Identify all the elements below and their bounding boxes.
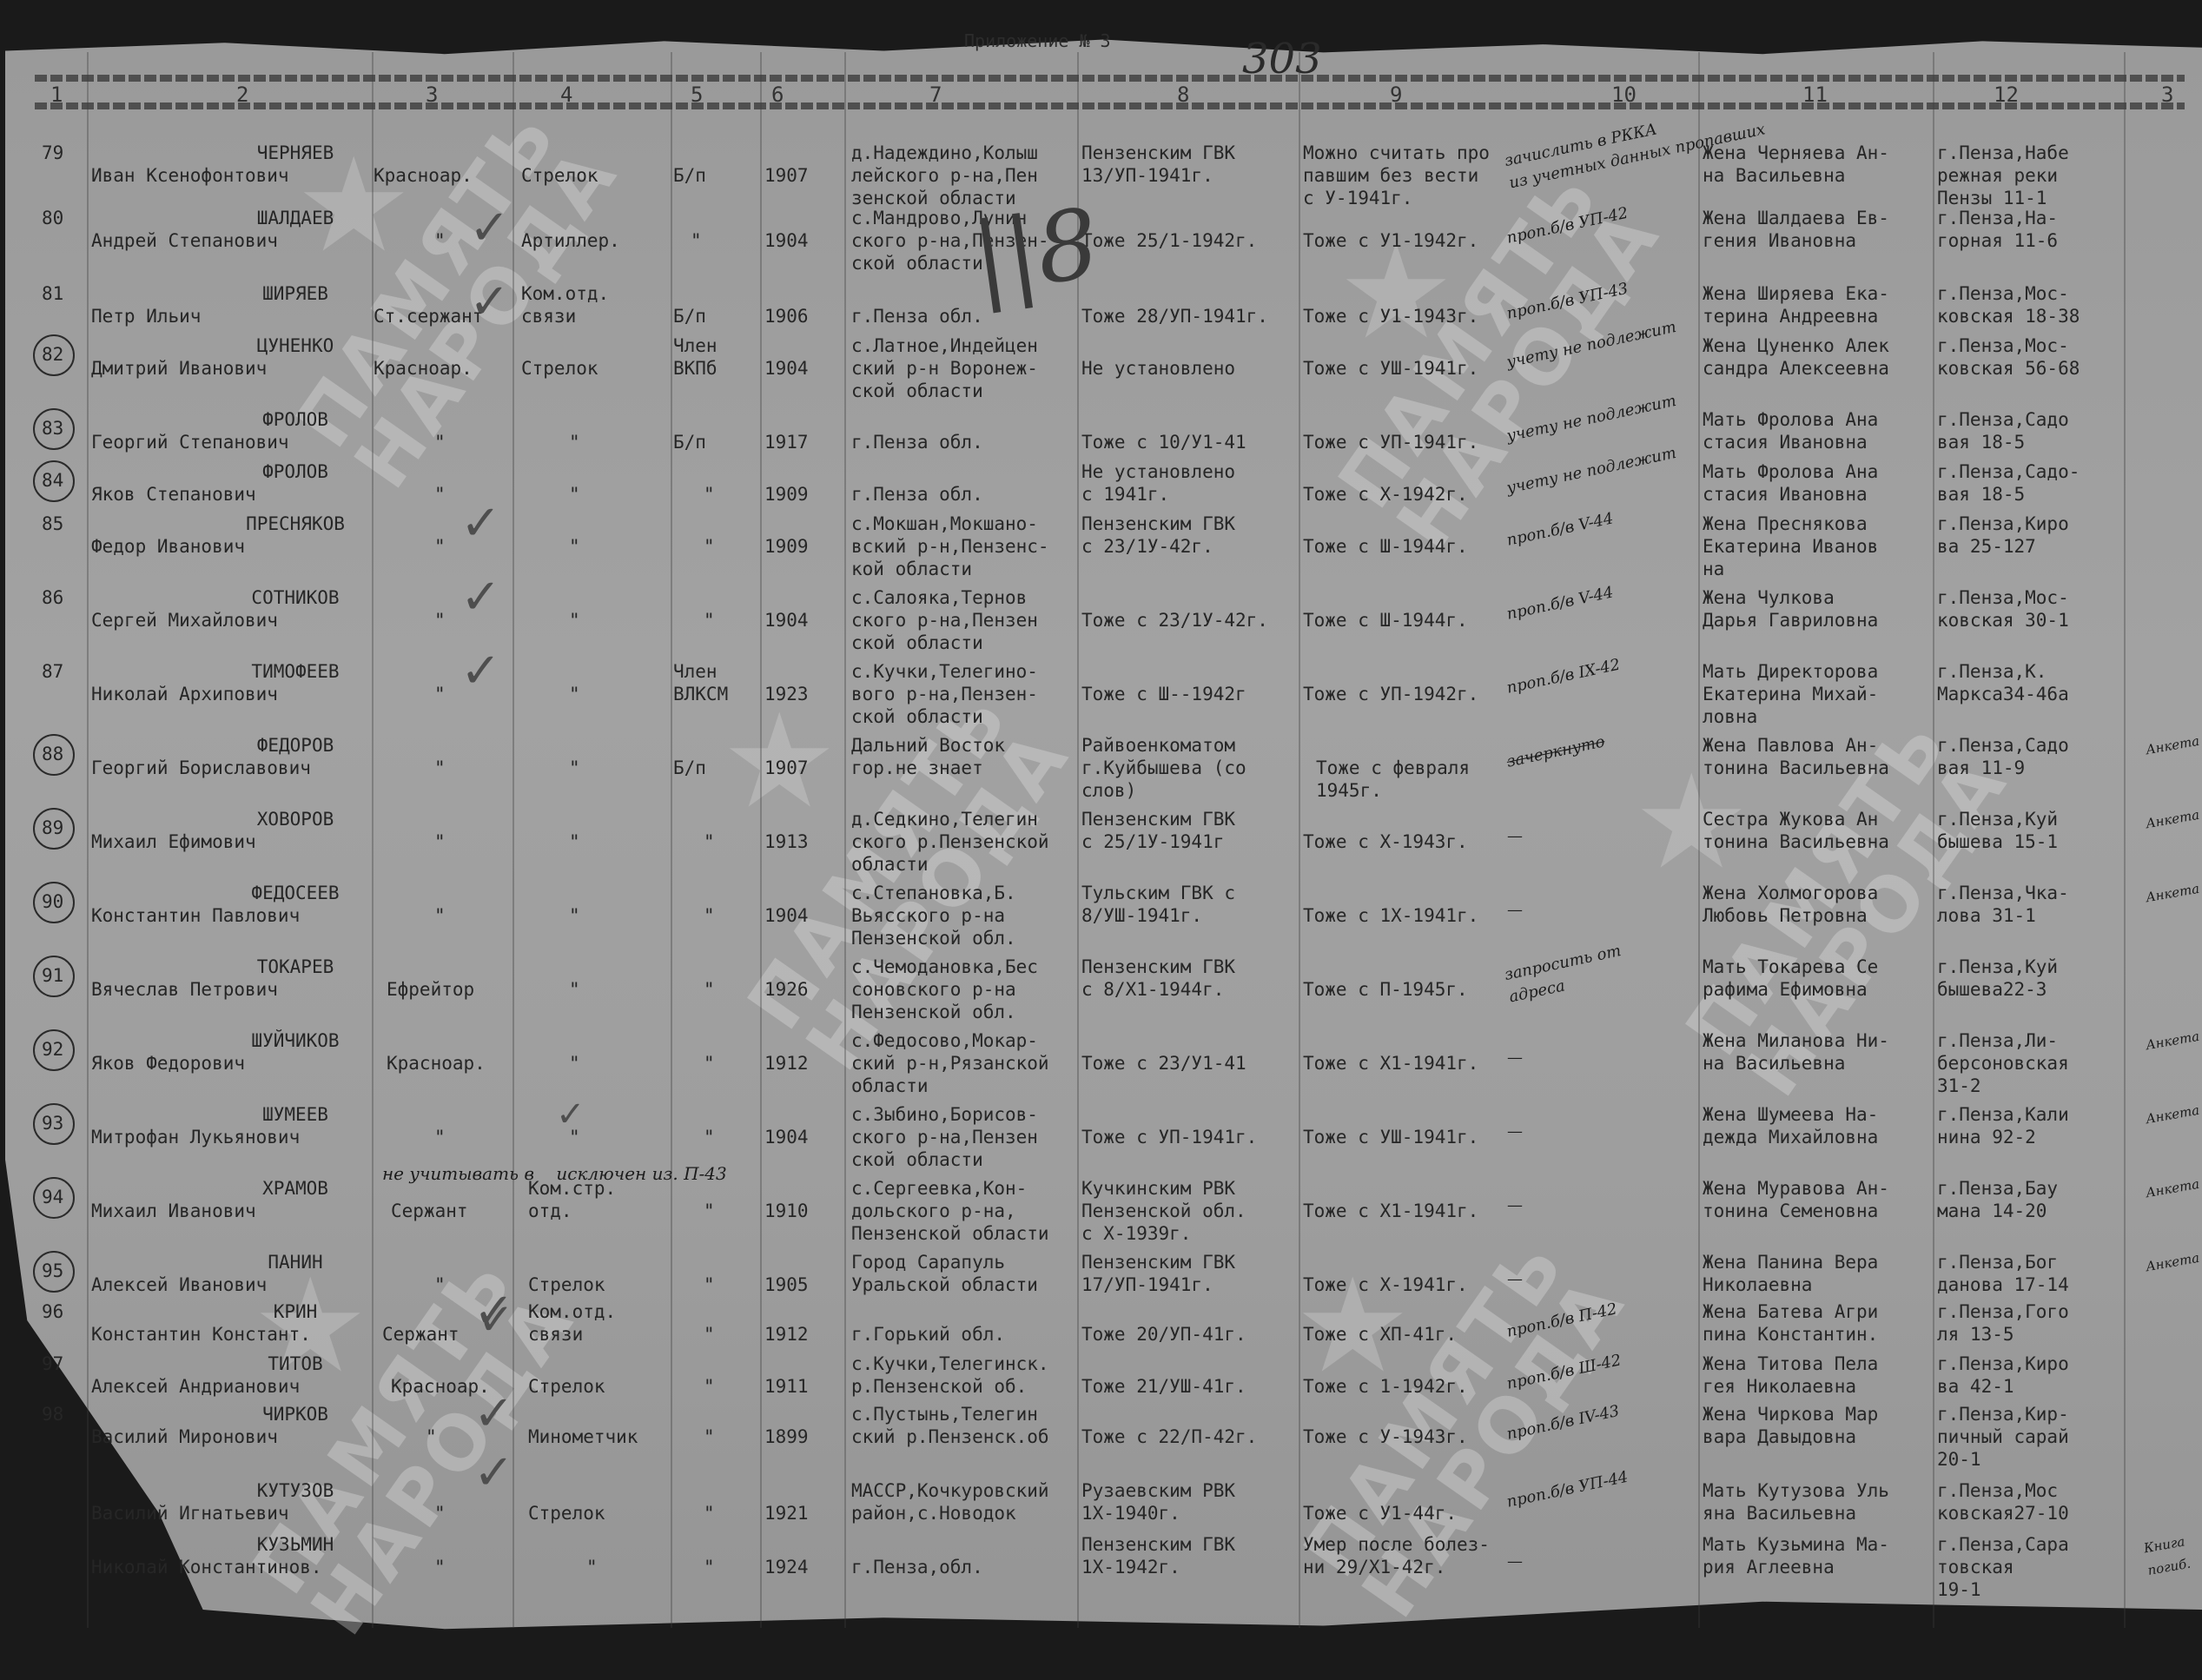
given-name: Федор Иванович xyxy=(91,535,245,558)
birth-year: 1926 xyxy=(764,978,809,1001)
position: Минометчик xyxy=(528,1425,638,1448)
address: г.Пенза,Бау мана 14-20 xyxy=(1937,1177,2058,1222)
missing-since: Тоже с УШ-1941г. xyxy=(1303,1126,1478,1148)
checkmark-icon: ✓ xyxy=(473,1403,514,1425)
party: " xyxy=(704,1556,715,1578)
rank: Сержант xyxy=(391,1200,468,1222)
rank: " xyxy=(434,1273,446,1296)
given-name: Петр Ильич xyxy=(91,305,201,327)
column-divider xyxy=(87,52,89,1628)
party: " xyxy=(704,483,715,506)
column-number: 2 xyxy=(236,83,248,107)
next-of-kin: Мать Директорова Екатерина Михай- ловна xyxy=(1703,660,1878,728)
surname: ФЕДОСЕЕВ xyxy=(182,882,408,904)
column-number: 3 xyxy=(2161,83,2173,107)
row-number: 81 xyxy=(42,282,63,305)
handwritten-note: — xyxy=(1507,899,1523,922)
drafted-by: Тоже с 23/У1-41 xyxy=(1081,1052,1246,1075)
rank: " xyxy=(434,757,446,779)
position: Стрелок xyxy=(528,1375,605,1398)
rank: " xyxy=(434,431,446,453)
given-name: Алексей Андрианович xyxy=(91,1375,300,1398)
party: Б/п xyxy=(673,431,706,453)
row-number: 89 xyxy=(42,817,63,839)
address: г.Пенза,Куй бышева 15-1 xyxy=(1937,808,2058,853)
row-number: 82 xyxy=(42,343,63,366)
address: г.Пенза,Киро ва 42-1 xyxy=(1937,1353,2069,1398)
drafted-by: Тоже 20/УП-41г. xyxy=(1081,1323,1246,1346)
position: " xyxy=(569,978,580,1001)
row-number: 79 xyxy=(42,142,63,164)
birthplace: с.Кучки,Телегинск. р.Пензенской об. xyxy=(851,1353,1049,1398)
position: " xyxy=(586,1556,598,1578)
column-divider xyxy=(760,52,762,1628)
party: " xyxy=(704,1425,715,1448)
rank: " xyxy=(434,1502,446,1525)
birthplace: МАССР,Кочкуровский район,с.Новодок xyxy=(851,1479,1049,1525)
position: Ком.отд. связи xyxy=(528,1300,616,1346)
drafted-by: Пензенским ГВК с 8/Х1-1944г. xyxy=(1081,956,1235,1001)
given-name: Константин Павлович xyxy=(91,904,300,927)
row-number: 91 xyxy=(42,964,63,987)
next-of-kin: Жена Цуненко Алек сандра Алексеевна xyxy=(1703,334,1889,380)
address: г.Пенза,Гого ля 13-5 xyxy=(1937,1300,2069,1346)
next-of-kin: Жена Черняева Ан- на Васильевна xyxy=(1703,142,1889,187)
handwritten-note: — xyxy=(1507,1047,1523,1069)
birth-year: 1904 xyxy=(764,1126,809,1148)
row-number: 95 xyxy=(42,1260,63,1282)
position: Ком.стр. отд. xyxy=(528,1177,616,1222)
checkmark-icon: ✓ xyxy=(478,1294,514,1345)
row-number: 97 xyxy=(42,1353,63,1375)
side-note: Книга погиб. xyxy=(2142,1530,2192,1582)
missing-since: Тоже с ХП-41г. xyxy=(1303,1323,1457,1346)
column-number: 6 xyxy=(771,83,784,107)
drafted-by: Тоже с 22/П-42г. xyxy=(1081,1425,1257,1448)
birth-year: 1905 xyxy=(764,1273,809,1296)
row-number: 83 xyxy=(42,417,63,440)
missing-since: Тоже с У-1943г. xyxy=(1303,1425,1468,1448)
missing-since: Тоже с Х-1943г. xyxy=(1303,830,1468,853)
column-number: 9 xyxy=(1390,83,1402,107)
birth-year: 1909 xyxy=(764,483,809,506)
party: " xyxy=(704,1323,715,1346)
column-number: 7 xyxy=(929,83,942,107)
birthplace: г.Пенза обл. xyxy=(851,431,983,453)
position: Стрелок xyxy=(528,1502,605,1525)
missing-since: Тоже с УШ-1941г. xyxy=(1303,357,1478,380)
next-of-kin: Мать Кутузова Уль яна Васильевна xyxy=(1703,1479,1889,1525)
address: г.Пенза,Садо вая 11-9 xyxy=(1937,734,2069,779)
birth-year: 1923 xyxy=(764,683,809,705)
birthplace: г.Горький обл. xyxy=(851,1323,1005,1346)
birthplace: Дальний Восток гор.не знает xyxy=(851,734,1005,779)
row-number: 93 xyxy=(42,1112,63,1134)
drafted-by: Пензенским ГВК 17/УП-1941г. xyxy=(1081,1251,1235,1296)
party: " xyxy=(704,535,715,558)
position: " xyxy=(569,483,580,506)
given-name: Николай Константинов. xyxy=(91,1556,322,1578)
column-number: 8 xyxy=(1177,83,1189,107)
checkmark-icon: ✓ xyxy=(460,586,501,609)
party: " xyxy=(704,1126,715,1148)
surname: ТОКАРЕВ xyxy=(182,956,408,978)
address: г.Пенза,К. Маркса34-46а xyxy=(1937,660,2069,705)
party: " xyxy=(704,904,715,927)
birthplace: с.Пустынь,Телегин ский р.Пензенск.об xyxy=(851,1403,1049,1448)
surname: ТИМОФЕЕВ xyxy=(182,660,408,683)
address: г.Пенза,Набе режная реки Пензы 11-1 xyxy=(1937,142,2069,209)
rank: " xyxy=(434,609,446,632)
missing-since: Можно считать про павшим без вести с У-1… xyxy=(1303,142,1490,209)
position: Стрелок xyxy=(528,1273,605,1296)
surname: ХРАМОВ xyxy=(182,1177,408,1200)
handwritten-mark: ||8 xyxy=(966,188,1106,315)
given-name: Михаил Ефимович xyxy=(91,830,256,853)
drafted-by: Тоже с Ш--1942г xyxy=(1081,683,1246,705)
header-rule-bottom xyxy=(35,103,2185,109)
missing-since: Тоже с февраля 1945г. xyxy=(1316,757,1470,802)
row-number: 90 xyxy=(42,890,63,913)
given-name: Митрофан Лукьянович xyxy=(91,1126,300,1148)
party: Член ВКПб xyxy=(673,334,717,380)
given-name: Яков Федорович xyxy=(91,1052,245,1075)
checkmark-icon: ✓ xyxy=(473,1462,514,1485)
surname: КРИН xyxy=(182,1300,408,1323)
handwritten-note: — xyxy=(1507,1268,1523,1291)
surname: ЧЕРНЯЕВ xyxy=(182,142,408,164)
drafted-by: Пензенским ГВК с 23/1У-42г. xyxy=(1081,513,1235,558)
birth-year: 1912 xyxy=(764,1323,809,1346)
given-name: Алексей Иванович xyxy=(91,1273,267,1296)
party: " xyxy=(704,609,715,632)
surname: ХОВОРОВ xyxy=(182,808,408,830)
rank: " xyxy=(434,1126,446,1148)
party: " xyxy=(691,229,702,252)
missing-since: Тоже с У1-1942г. xyxy=(1303,229,1478,252)
next-of-kin: Мать Фролова Ана стасия Ивановна xyxy=(1703,460,1878,506)
birth-year: 1910 xyxy=(764,1200,809,1222)
address: г.Пенза,Чка- лова 31-1 xyxy=(1937,882,2069,927)
checkmark-icon: ✓ xyxy=(469,200,510,256)
next-of-kin: Жена Муравова Ан- тонина Семеновна xyxy=(1703,1177,1889,1222)
column-divider xyxy=(671,52,672,1628)
surname: ШУЙЧИКОВ xyxy=(182,1029,408,1052)
surname: ФРОЛОВ xyxy=(182,408,408,431)
given-name: Михаил Иванович xyxy=(91,1200,256,1222)
header-stamp: Приложение № 3 xyxy=(964,30,1111,51)
drafted-by: Пензенским ГВК 1Х-1942г. xyxy=(1081,1533,1235,1578)
column-divider xyxy=(1299,52,1300,1628)
given-name: Сергей Михайлович xyxy=(91,609,278,632)
position: Артиллер. xyxy=(521,229,620,252)
birthplace: с.Чемодановка,Бес соновского р-на Пензен… xyxy=(851,956,1038,1023)
birth-year: 1917 xyxy=(764,431,809,453)
column-number: 10 xyxy=(1611,83,1637,107)
position: " xyxy=(569,904,580,927)
row-number: 96 xyxy=(42,1300,63,1323)
drafted-by: Райвоенкоматом г.Куйбышева (со слов) xyxy=(1081,734,1246,802)
drafted-by: Тоже с 10/У1-41 xyxy=(1081,431,1246,453)
birth-year: 1912 xyxy=(764,1052,809,1075)
next-of-kin: Жена Преснякова Екатерина Иванов на xyxy=(1703,513,1878,580)
next-of-kin: Жена Ширяева Ека- терина Андреевна xyxy=(1703,282,1889,327)
birth-year: 1907 xyxy=(764,164,809,187)
next-of-kin: Мать Фролова Ана стасия Ивановна xyxy=(1703,408,1878,453)
birthplace: г.Пенза,обл. xyxy=(851,1556,983,1578)
given-name: Василий Миронович xyxy=(91,1425,278,1448)
column-divider xyxy=(1698,52,1700,1628)
surname: ШИРЯЕВ xyxy=(182,282,408,305)
surname: СОТНИКОВ xyxy=(182,586,408,609)
row-number: 92 xyxy=(42,1038,63,1061)
rank: " xyxy=(434,683,446,705)
given-name: Константин Констант. xyxy=(91,1323,311,1346)
header-rule-top xyxy=(35,75,2185,82)
missing-since: Тоже с УП-1942г. xyxy=(1303,683,1478,705)
column-number: 1 xyxy=(50,83,63,107)
missing-since: Тоже с Х-1942г. xyxy=(1303,483,1468,506)
drafted-by: Тульским ГВК с 8/УШ-1941г. xyxy=(1081,882,1235,927)
birth-year: 1907 xyxy=(764,757,809,779)
position: " xyxy=(569,830,580,853)
address: г.Пенза,Мос- ковская 18-38 xyxy=(1937,282,2080,327)
checkmark-icon: ✓ xyxy=(556,1095,585,1134)
column-divider xyxy=(1933,52,1934,1628)
position: " xyxy=(569,431,580,453)
position: " xyxy=(569,757,580,779)
rank: Красноар. xyxy=(374,357,473,380)
drafted-by: Тоже 25/1-1942г. xyxy=(1081,229,1257,252)
given-name: Георгий Бориславович xyxy=(91,757,311,779)
given-name: Василий Игнатьевич xyxy=(91,1502,289,1525)
surname: ТИТОВ xyxy=(182,1353,408,1375)
party: Б/п xyxy=(673,164,706,187)
rank: Сержант xyxy=(382,1323,460,1346)
address: г.Пенза,Садо- вая 18-5 xyxy=(1937,460,2080,506)
handwritten-note: — xyxy=(1507,1121,1523,1143)
address: г.Пенза,Киро ва 25-127 xyxy=(1937,513,2069,558)
address: г.Пенза,Куй бышева22-3 xyxy=(1937,956,2058,1001)
birth-year: 1911 xyxy=(764,1375,809,1398)
surname: ЦУНЕНКО xyxy=(182,334,408,357)
column-number: 5 xyxy=(691,83,703,107)
address: г.Пенза,Ли- берсоновская 31-2 xyxy=(1937,1029,2069,1097)
missing-since: Тоже с П-1945г. xyxy=(1303,978,1468,1001)
missing-since: Тоже с Х1-1941г. xyxy=(1303,1200,1478,1222)
next-of-kin: Жена Панина Вера Николаевна xyxy=(1703,1251,1878,1296)
missing-since: Тоже с УП-1941г. xyxy=(1303,431,1478,453)
party: Член ВЛКСМ xyxy=(673,660,728,705)
position: Стрелок xyxy=(521,357,598,380)
drafted-by: Не установлено с 1941г. xyxy=(1081,460,1235,506)
party: " xyxy=(704,978,715,1001)
next-of-kin: Жена Миланова Ни- на Васильевна xyxy=(1703,1029,1889,1075)
handwritten-note: — xyxy=(1507,1194,1523,1217)
party: " xyxy=(704,830,715,853)
handwritten-note: — xyxy=(1507,825,1523,848)
rank: Красноар. xyxy=(387,1052,486,1075)
next-of-kin: Жена Шалдаева Ев- гения Ивановна xyxy=(1703,207,1889,252)
next-of-kin: Жена Титова Пела гея Николаевна xyxy=(1703,1353,1878,1398)
position: " xyxy=(569,609,580,632)
column-number: 3 xyxy=(426,83,438,107)
birth-year: 1924 xyxy=(764,1556,809,1578)
given-name: Дмитрий Иванович xyxy=(91,357,267,380)
missing-since: Тоже с Х1-1941г. xyxy=(1303,1052,1478,1075)
surname: ЧИРКОВ xyxy=(182,1403,408,1425)
address: г.Пенза,Кир- пичный сарай 20-1 xyxy=(1937,1403,2069,1471)
missing-since: Умер после болез- ни 29/Х1-42г. xyxy=(1303,1533,1490,1578)
birthplace: с.Латное,Индейцен ский р-н Воронеж- ской… xyxy=(851,334,1038,402)
party: " xyxy=(704,1375,715,1398)
rank: " xyxy=(434,1556,446,1578)
address: г.Пенза,Кали нина 92-2 xyxy=(1937,1103,2069,1148)
position: " xyxy=(569,683,580,705)
address: г.Пенза,Мос ковская27-10 xyxy=(1937,1479,2069,1525)
row-number: 85 xyxy=(42,513,63,535)
column-number: 11 xyxy=(1802,83,1828,107)
next-of-kin: Жена Шумеева На- дежда Михайловна xyxy=(1703,1103,1878,1148)
checkmark-icon: ✓ xyxy=(460,660,501,683)
drafted-by: Тоже с УП-1941г. xyxy=(1081,1126,1257,1148)
rank: Ефрейтор xyxy=(387,978,474,1001)
next-of-kin: Сестра Жукова Ан тонина Васильевна xyxy=(1703,808,1889,853)
row-number: 86 xyxy=(42,586,63,609)
position: " xyxy=(569,1052,580,1075)
surname: ФРОЛОВ xyxy=(182,460,408,483)
column-divider xyxy=(844,52,846,1628)
surname: КУЗЬМИН xyxy=(182,1533,408,1556)
birth-year: 1913 xyxy=(764,830,809,853)
given-name: Иван Ксенофонтович xyxy=(91,164,289,187)
surname: ШУМЕЕВ xyxy=(182,1103,408,1126)
missing-since: Тоже с Ш-1944г. xyxy=(1303,535,1468,558)
row-number: 94 xyxy=(42,1186,63,1208)
position: Стрелок xyxy=(521,164,598,187)
position: " xyxy=(569,535,580,558)
rank: " xyxy=(434,904,446,927)
rank: Красноар. xyxy=(374,164,473,187)
party: Б/п xyxy=(673,757,706,779)
missing-since: Тоже с У1-44г. xyxy=(1303,1502,1457,1525)
birth-year: 1904 xyxy=(764,229,809,252)
drafted-by: Не установлено xyxy=(1081,357,1235,380)
birthplace: с.Степановка,Б. Вьясского р-на Пензенско… xyxy=(851,882,1016,949)
party: Б/п xyxy=(673,305,706,327)
next-of-kin: Мать Токарева Се рафима Ефимовна xyxy=(1703,956,1878,1001)
birth-year: 1904 xyxy=(764,357,809,380)
birthplace: с.Кучки,Телегино- вого р-на,Пензен- ской… xyxy=(851,660,1038,728)
given-name: Яков Степанович xyxy=(91,483,256,506)
next-of-kin: Жена Батева Агри пина Константин. xyxy=(1703,1300,1878,1346)
missing-since: Тоже с У1-1943г. xyxy=(1303,305,1478,327)
address: г.Пенза,Мос- ковская 30-1 xyxy=(1937,586,2069,632)
birthplace: д.Седкино,Телегин ского р.Пензенской обл… xyxy=(851,808,1049,876)
position: Ком.отд. связи xyxy=(521,282,609,327)
party: " xyxy=(704,1273,715,1296)
rank: " xyxy=(434,229,446,252)
row-number: 98 xyxy=(42,1403,63,1425)
given-name: Георгий Степанович xyxy=(91,431,289,453)
birth-year: 1899 xyxy=(764,1425,809,1448)
drafted-by: Тоже 28/УП-1941г. xyxy=(1081,305,1268,327)
drafted-by: Пензенским ГВК с 25/1У-1941г xyxy=(1081,808,1235,853)
birthplace: г.Пенза обл. xyxy=(851,305,983,327)
row-number: 84 xyxy=(42,469,63,492)
birth-year: 1921 xyxy=(764,1502,809,1525)
handwritten-note: — xyxy=(1507,1551,1523,1573)
birthplace: с.Зыбино,Борисов- ского р-на,Пензен ской… xyxy=(851,1103,1038,1171)
rank: " xyxy=(426,1425,437,1448)
row-number: 80 xyxy=(42,207,63,229)
missing-since: Тоже с Х-1941г. xyxy=(1303,1273,1468,1296)
drafted-by: Рузаевским РВК 1Х-1940г. xyxy=(1081,1479,1235,1525)
party: " xyxy=(704,1502,715,1525)
checkmark-icon: ✓ xyxy=(469,274,510,330)
column-number: 12 xyxy=(1994,83,2019,107)
missing-since: Тоже с Ш-1944г. xyxy=(1303,609,1468,632)
surname: ПАНИН xyxy=(182,1251,408,1273)
drafted-by: Тоже 21/УШ-41г. xyxy=(1081,1375,1246,1398)
birthplace: с.Сергеевка,Кон- дольского р-на, Пензенс… xyxy=(851,1177,1049,1245)
birthplace: Город Сарапуль Уральской области xyxy=(851,1251,1038,1296)
rank: Ст.сержант xyxy=(374,305,483,327)
row-number: 88 xyxy=(42,743,63,765)
drafted-by: Тоже с 23/1У-42г. xyxy=(1081,609,1268,632)
next-of-kin: Мать Кузьмина Ма- рия Аглеевна xyxy=(1703,1533,1889,1578)
next-of-kin: Жена Павлова Ан- тонина Васильевна xyxy=(1703,734,1889,779)
surname: КУТУЗОВ xyxy=(182,1479,408,1502)
rank: " xyxy=(434,535,446,558)
given-name: Андрей Степанович xyxy=(91,229,278,252)
drafted-by: Пензенским ГВК 13/УП-1941г. xyxy=(1081,142,1235,187)
surname: ФЕДОРОВ xyxy=(182,734,408,757)
missing-since: Тоже с 1-1942г. xyxy=(1303,1375,1468,1398)
next-of-kin: Жена Холмогорова Любовь Петровна xyxy=(1703,882,1878,927)
address: г.Пенза,Садо вая 18-5 xyxy=(1937,408,2069,453)
rank: " xyxy=(434,830,446,853)
next-of-kin: Жена Чиркова Мар вара Давыдовна xyxy=(1703,1403,1878,1448)
column-number: 4 xyxy=(560,83,572,107)
surname: ШАЛДАЕВ xyxy=(182,207,408,229)
party: " xyxy=(704,1052,715,1075)
birth-year: 1904 xyxy=(764,904,809,927)
surname: ПРЕСНЯКОВ xyxy=(182,513,408,535)
row-number: 87 xyxy=(42,660,63,683)
drafted-by: Кучкинским РВК Пензенской обл. с Х-1939г… xyxy=(1081,1177,1246,1245)
next-of-kin: Жена Чулкова Дарья Гавриловна xyxy=(1703,586,1878,632)
given-name: Николай Архипович xyxy=(91,683,278,705)
address: г.Пенза,Сара товская 19-1 xyxy=(1937,1533,2069,1601)
address: г.Пенза,На- горная 11-6 xyxy=(1937,207,2058,252)
birth-year: 1909 xyxy=(764,535,809,558)
birthplace: с.Мокшан,Мокшано- вский р-н,Пензенс- кой… xyxy=(851,513,1049,580)
birth-year: 1906 xyxy=(764,305,809,327)
birthplace: г.Пенза обл. xyxy=(851,483,983,506)
missing-since: Тоже с 1Х-1941г. xyxy=(1303,904,1478,927)
checkmark-icon: ✓ xyxy=(460,513,501,535)
party: " xyxy=(704,1200,715,1222)
column-divider xyxy=(2124,52,2126,1628)
birthplace: с.Салояка,Тернов ского р-на,Пензен ской … xyxy=(851,586,1038,654)
rank: " xyxy=(434,483,446,506)
address: г.Пенза,Мос- ковская 56-68 xyxy=(1937,334,2080,380)
address: г.Пенза,Бог данова 17-14 xyxy=(1937,1251,2069,1296)
birthplace: с.Федосово,Мокар- ский р-н,Рязанской обл… xyxy=(851,1029,1049,1097)
birth-year: 1904 xyxy=(764,609,809,632)
given-name: Вячеслав Петрович xyxy=(91,978,278,1001)
